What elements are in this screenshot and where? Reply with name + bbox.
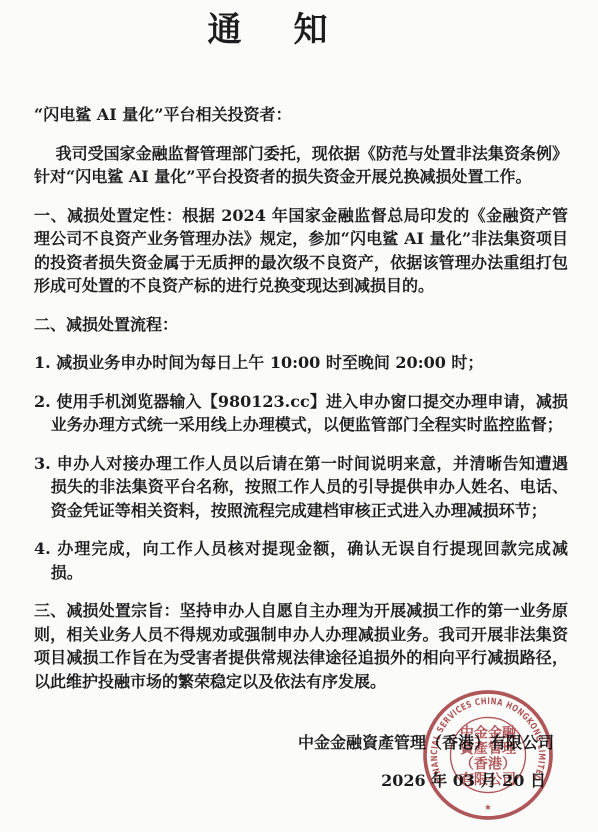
step-item-4: 4. 办理完成，向工作人员核对提现金额，确认无误自行提现回款完成减损。: [34, 537, 568, 584]
stamp-star-icon: ★: [484, 803, 492, 813]
section-1-paragraph: 一、减损处置定性：根据 2024 年国家金融监督总局印发的《金融资产管理公司不良…: [34, 204, 568, 298]
company-signature: 中金金融資產管理（香港）有限公司: [298, 731, 554, 755]
section-2-heading: 二、减损处置流程：: [34, 313, 568, 337]
notice-title: 通 知: [34, 12, 568, 49]
notice-document: 通 知 “闪电鲨 AI 量化”平台相关投资者： 我司受国家金融监督管理部门委托，…: [0, 0, 598, 693]
signature-block: 中金金融資產管理（香港）有限公司 2026 年 03 月 20 日: [298, 731, 554, 793]
section-3-paragraph: 三、减损处置宗旨：坚持申办人自愿自主办理为开展减损工作的第一业务原则，相关业务人…: [34, 599, 568, 693]
step-item-3: 3. 申办人对接办理工作人员以后请在第一时间说明来意，并清晰告知遭遇损失的非法集…: [34, 452, 568, 523]
date-line: 2026 年 03 月 20 日: [298, 769, 554, 793]
step-item-1: 1. 减损业务申办时间为每日上午 10:00 时至晚间 20:00 时；: [34, 351, 568, 375]
step-item-2: 2. 使用手机浏览器输入【980123.cc】进入申办窗口提交办理申请，减损业务…: [34, 390, 568, 437]
intro-paragraph: 我司受国家金融监督管理部门委托，现依据《防范与处置非法集资条例》针对“闪电鲨 A…: [34, 142, 568, 189]
salutation-line: “闪电鲨 AI 量化”平台相关投资者：: [34, 103, 568, 127]
